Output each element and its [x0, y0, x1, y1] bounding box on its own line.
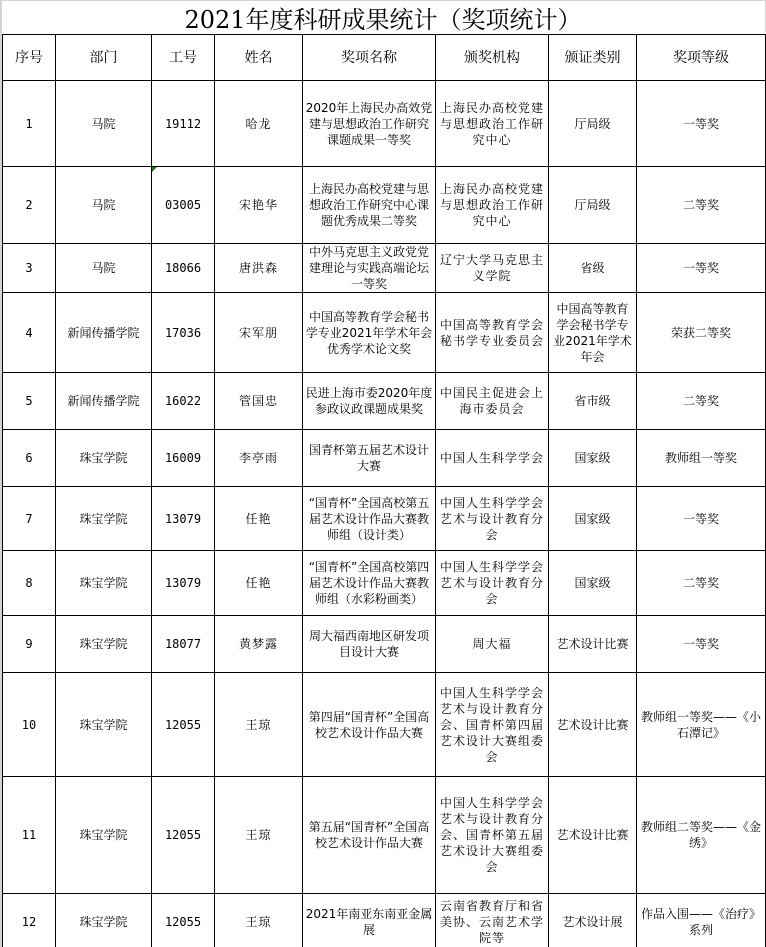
- cell-id[interactable]: 16022: [152, 373, 215, 430]
- cell-level[interactable]: 一等奖: [637, 616, 766, 673]
- cell-category[interactable]: 省市级: [549, 373, 637, 430]
- cell-name[interactable]: 任艳: [215, 551, 303, 616]
- header-level[interactable]: 奖项等级: [637, 35, 766, 81]
- cell-id[interactable]: 13079: [152, 551, 215, 616]
- cell-no[interactable]: 10: [3, 673, 56, 777]
- cell-level[interactable]: 荣获二等奖: [637, 293, 766, 373]
- cell-org[interactable]: 云南省教育厅和省美协、云南艺术学院等: [436, 894, 549, 947]
- cell-no[interactable]: 9: [3, 616, 56, 673]
- cell-org[interactable]: 中国民主促进会上海市委员会: [436, 373, 549, 430]
- cell-category[interactable]: 厅局级: [549, 167, 637, 244]
- cell-org[interactable]: 上海民办高校党建与思想政治工作研究中心: [436, 81, 549, 167]
- table-row: 6 珠宝学院 16009 李亭雨 国青杯第五届艺术设计大赛 中国人生科学学会 国…: [3, 430, 766, 487]
- cell-name[interactable]: 管国忠: [215, 373, 303, 430]
- cell-level[interactable]: 教师组一等奖——《小石潭记》: [637, 673, 766, 777]
- cell-name[interactable]: 唐洪森: [215, 244, 303, 293]
- cell-category[interactable]: 国家级: [549, 551, 637, 616]
- cell-dept[interactable]: 新闻传播学院: [56, 293, 152, 373]
- cell-org[interactable]: 周大福: [436, 616, 549, 673]
- table-row: 5 新闻传播学院 16022 管国忠 民进上海市委2020年度参政议政课题成果奖…: [3, 373, 766, 430]
- table-row: 8 珠宝学院 13079 任艳 “国青杯”全国高校第四届艺术设计作品大赛教师组（…: [3, 551, 766, 616]
- header-dept[interactable]: 部门: [56, 35, 152, 81]
- cell-dept[interactable]: 新闻传播学院: [56, 373, 152, 430]
- table-row: 4 新闻传播学院 17036 宋军朋 中国高等教育学会秘书学专业2021年学术年…: [3, 293, 766, 373]
- text-number-indicator-icon: [152, 167, 157, 172]
- cell-dept[interactable]: 马院: [56, 167, 152, 244]
- cell-category[interactable]: 厅局级: [549, 81, 637, 167]
- cell-category[interactable]: 艺术设计展: [549, 894, 637, 947]
- cell-name[interactable]: 王琼: [215, 894, 303, 947]
- cell-level[interactable]: 教师组二等奖——《金绣》: [637, 777, 766, 894]
- table-row: 12 珠宝学院 12055 王琼 2021年南亚东南亚金属展 云南省教育厅和省美…: [3, 894, 766, 947]
- cell-award[interactable]: 中国高等教育学会秘书学专业2021年学术年会优秀学术论文奖: [303, 293, 436, 373]
- cell-award[interactable]: 2020年上海民办高效党建与思想政治工作研究课题成果一等奖: [303, 81, 436, 167]
- cell-dept[interactable]: 珠宝学院: [56, 777, 152, 894]
- cell-category[interactable]: 中国高等教育学会秘书学专业2021年学术年会: [549, 293, 637, 373]
- table-row: 10 珠宝学院 12055 王琼 第四届“国青杯”全国高校艺术设计作品大赛 中国…: [3, 673, 766, 777]
- cell-no[interactable]: 7: [3, 487, 56, 551]
- cell-award[interactable]: “国青杯”全国高校第五届艺术设计作品大赛教师组（设计类）: [303, 487, 436, 551]
- cell-award[interactable]: 周大福西南地区研发项目设计大赛: [303, 616, 436, 673]
- cell-org[interactable]: 中国人生科学学会: [436, 430, 549, 487]
- cell-award[interactable]: 第四届“国青杯”全国高校艺术设计作品大赛: [303, 673, 436, 777]
- cell-name[interactable]: 王琼: [215, 777, 303, 894]
- cell-category[interactable]: 省级: [549, 244, 637, 293]
- cell-level[interactable]: 作品入围——《治疗》系列: [637, 894, 766, 947]
- cell-name[interactable]: 宋军朋: [215, 293, 303, 373]
- cell-dept[interactable]: 珠宝学院: [56, 673, 152, 777]
- cell-org[interactable]: 中国人生科学学会艺术与设计教育分会: [436, 551, 549, 616]
- cell-level[interactable]: 二等奖: [637, 373, 766, 430]
- cell-category[interactable]: 艺术设计比赛: [549, 673, 637, 777]
- cell-award[interactable]: 国青杯第五届艺术设计大赛: [303, 430, 436, 487]
- cell-org[interactable]: 辽宁大学马克思主义学院: [436, 244, 549, 293]
- cell-id[interactable]: 16009: [152, 430, 215, 487]
- cell-id[interactable]: 19112: [152, 81, 215, 167]
- cell-category[interactable]: 艺术设计比赛: [549, 616, 637, 673]
- cell-no[interactable]: 6: [3, 430, 56, 487]
- cell-no[interactable]: 1: [3, 81, 56, 167]
- cell-dept[interactable]: 珠宝学院: [56, 894, 152, 947]
- cell-org[interactable]: 中国人生科学学会艺术与设计教育分会、国青杯第五届艺术设计大赛组委会: [436, 777, 549, 894]
- cell-org[interactable]: 中国高等教育学会秘书学专业委员会: [436, 293, 549, 373]
- cell-id[interactable]: 12055: [152, 673, 215, 777]
- table-row: 3 马院 18066 唐洪森 中外马克思主义政党党建理论与实践高端论坛一等奖 辽…: [3, 244, 766, 293]
- cell-name[interactable]: 王琼: [215, 673, 303, 777]
- table-row: 1 马院 19112 哈龙 2020年上海民办高效党建与思想政治工作研究课题成果…: [3, 81, 766, 167]
- cell-no[interactable]: 5: [3, 373, 56, 430]
- cell-level[interactable]: 二等奖: [637, 551, 766, 616]
- awards-table: 序号 部门 工号 姓名 奖项名称 颁奖机构 颁证类别 奖项等级 1 马院 191…: [2, 34, 766, 947]
- cell-id-text: 03005: [165, 198, 201, 212]
- table-row: 9 珠宝学院 18077 黄梦露 周大福西南地区研发项目设计大赛 周大福 艺术设…: [3, 616, 766, 673]
- table-row: 11 珠宝学院 12055 王琼 第五届“国青杯”全国高校艺术设计作品大赛 中国…: [3, 777, 766, 894]
- sheet-title: 2021年度科研成果统计（奖项统计）: [2, 1, 764, 34]
- header-category[interactable]: 颁证类别: [549, 35, 637, 81]
- cell-org[interactable]: 中国人生科学学会艺术与设计教育分会: [436, 487, 549, 551]
- cell-dept[interactable]: 珠宝学院: [56, 551, 152, 616]
- header-row: 序号 部门 工号 姓名 奖项名称 颁奖机构 颁证类别 奖项等级: [3, 35, 766, 81]
- header-no[interactable]: 序号: [3, 35, 56, 81]
- cell-category[interactable]: 艺术设计比赛: [549, 777, 637, 894]
- header-org[interactable]: 颁奖机构: [436, 35, 549, 81]
- cell-name[interactable]: 李亭雨: [215, 430, 303, 487]
- cell-id[interactable]: 18066: [152, 244, 215, 293]
- cell-dept[interactable]: 珠宝学院: [56, 430, 152, 487]
- cell-level[interactable]: 教师组一等奖: [637, 430, 766, 487]
- header-award[interactable]: 奖项名称: [303, 35, 436, 81]
- cell-no[interactable]: 8: [3, 551, 56, 616]
- cell-dept[interactable]: 珠宝学院: [56, 616, 152, 673]
- cell-no[interactable]: 3: [3, 244, 56, 293]
- cell-award[interactable]: 上海民办高校党建与思想政治工作研究中心课题优秀成果二等奖: [303, 167, 436, 244]
- cell-dept[interactable]: 马院: [56, 244, 152, 293]
- cell-award[interactable]: “国青杯”全国高校第四届艺术设计作品大赛教师组（水彩粉画类）: [303, 551, 436, 616]
- cell-id[interactable]: 12055: [152, 777, 215, 894]
- cell-id[interactable]: 17036: [152, 293, 215, 373]
- cell-id[interactable]: 03005: [152, 167, 215, 244]
- cell-dept[interactable]: 马院: [56, 81, 152, 167]
- cell-id[interactable]: 13079: [152, 487, 215, 551]
- cell-level[interactable]: 一等奖: [637, 487, 766, 551]
- cell-id[interactable]: 18077: [152, 616, 215, 673]
- cell-level[interactable]: 二等奖: [637, 167, 766, 244]
- header-name[interactable]: 姓名: [215, 35, 303, 81]
- cell-name[interactable]: 黄梦露: [215, 616, 303, 673]
- cell-id[interactable]: 12055: [152, 894, 215, 947]
- cell-name[interactable]: 宋艳华: [215, 167, 303, 244]
- cell-award[interactable]: 民进上海市委2020年度参政议政课题成果奖: [303, 373, 436, 430]
- table-row: 7 珠宝学院 13079 任艳 “国青杯”全国高校第五届艺术设计作品大赛教师组（…: [3, 487, 766, 551]
- cell-category[interactable]: 国家级: [549, 487, 637, 551]
- cell-no[interactable]: 4: [3, 293, 56, 373]
- cell-award[interactable]: 2021年南亚东南亚金属展: [303, 894, 436, 947]
- cell-no[interactable]: 2: [3, 167, 56, 244]
- cell-org[interactable]: 上海民办高校党建与思想政治工作研究中心: [436, 167, 549, 244]
- cell-org[interactable]: 中国人生科学学会艺术与设计教育分会、国青杯第四届艺术设计大赛组委会: [436, 673, 549, 777]
- cell-no[interactable]: 11: [3, 777, 56, 894]
- cell-level[interactable]: 一等奖: [637, 81, 766, 167]
- cell-award[interactable]: 中外马克思主义政党党建理论与实践高端论坛一等奖: [303, 244, 436, 293]
- cell-level[interactable]: 一等奖: [637, 244, 766, 293]
- cell-award[interactable]: 第五届“国青杯”全国高校艺术设计作品大赛: [303, 777, 436, 894]
- table-row: 2 马院 03005 宋艳华 上海民办高校党建与思想政治工作研究中心课题优秀成果…: [3, 167, 766, 244]
- cell-dept[interactable]: 珠宝学院: [56, 487, 152, 551]
- cell-name[interactable]: 任艳: [215, 487, 303, 551]
- cell-category[interactable]: 国家级: [549, 430, 637, 487]
- cell-no[interactable]: 12: [3, 894, 56, 947]
- cell-name[interactable]: 哈龙: [215, 81, 303, 167]
- header-id[interactable]: 工号: [152, 35, 215, 81]
